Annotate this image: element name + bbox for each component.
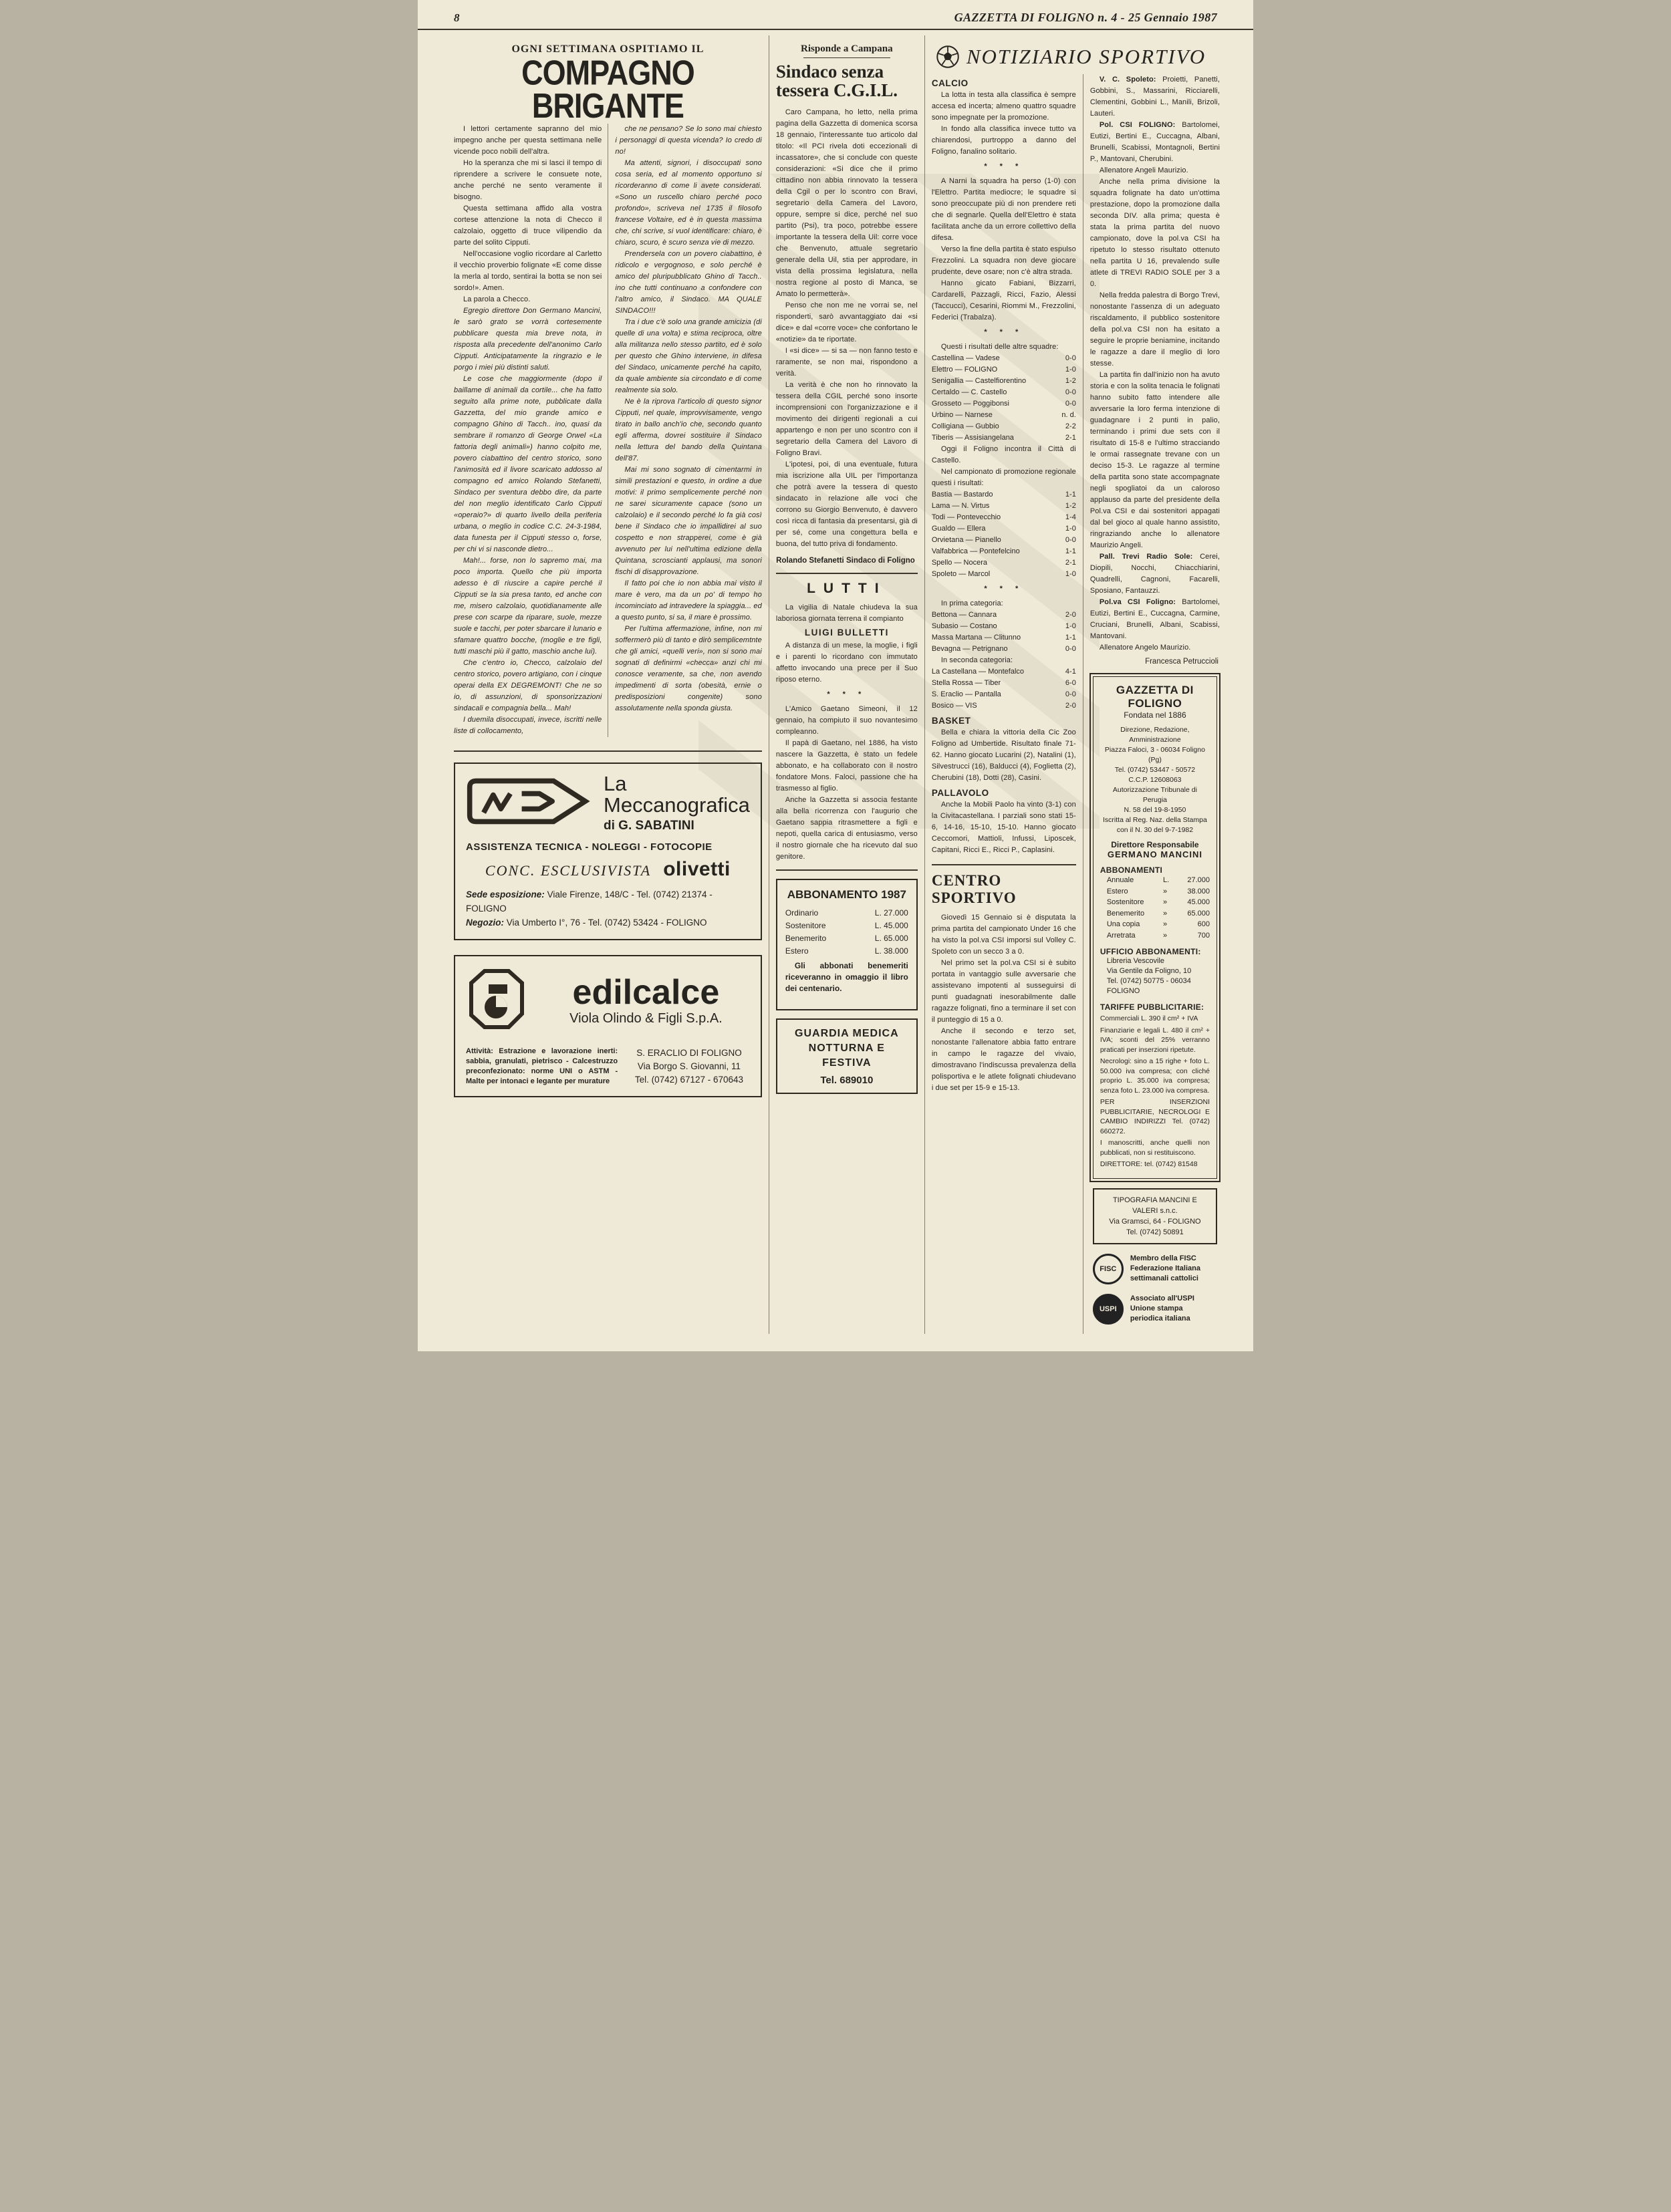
columns-container: OGNI SETTIMANA OSPITIAMO IL COMPAGNO BRI… bbox=[418, 30, 1253, 1334]
edilcalce-logo-icon bbox=[466, 966, 533, 1036]
tier-price: L. 45.000 bbox=[875, 920, 908, 932]
match-row: Stella Rossa — Tiber 6-0 bbox=[932, 678, 1076, 689]
meccanografica-logo-icon bbox=[466, 776, 593, 830]
match-row: Urbino — Narnese n. d. bbox=[932, 410, 1076, 421]
paragraph: I lettori certamente sapranno del mio im… bbox=[454, 124, 602, 158]
abbonamento-box: ABBONAMENTO 1987 Ordinario L. 27.000 Sos… bbox=[776, 879, 918, 1010]
tipografia-line: TIPOGRAFIA MANCINI E VALERI s.n.c. bbox=[1100, 1195, 1210, 1216]
basket-heading: BASKET bbox=[932, 716, 1076, 726]
match-score: 0-0 bbox=[1065, 644, 1076, 655]
match-row: Elettro — FOLIGNO 1-0 bbox=[932, 364, 1076, 376]
masthead-line: Tel. (0742) 53447 - 50572 bbox=[1100, 765, 1210, 775]
match-row: Senigallia — Castelfiorentino 1-2 bbox=[932, 376, 1076, 387]
abbonamento-row: Benemerito L. 65.000 bbox=[785, 932, 908, 945]
uspi-line: Unione stampa bbox=[1130, 1304, 1194, 1314]
match-row: La Castellana — Montefalco 4-1 bbox=[932, 666, 1076, 678]
match-row: S. Eraclio — Pantalla 0-0 bbox=[932, 689, 1076, 700]
match-teams: Bastia — Bastardo bbox=[932, 489, 993, 501]
match-row: Bettona — Cannara 2-0 bbox=[932, 609, 1076, 621]
centro-sportivo-section: CENTRO SPORTIVO Giovedì 15 Gennaio si è … bbox=[932, 864, 1076, 1094]
team-roster-paragraph: Pall. Trevi Radio Sole: Cerei, Diopili, … bbox=[1090, 551, 1220, 597]
abbonamento-note: Gli abbonati benemeriti riceveranno in o… bbox=[785, 960, 908, 994]
guardia-line-1: GUARDIA MEDICA bbox=[785, 1026, 908, 1041]
pallavolo-heading: PALLAVOLO bbox=[932, 788, 1076, 798]
tariffa-line: PER INSERZIONI PUBBLICITARIE, NECROLOGI … bbox=[1100, 1097, 1210, 1136]
match-score: 0-0 bbox=[1065, 353, 1076, 364]
paragraph: In fondo alla classifica invece tutto va… bbox=[932, 124, 1076, 158]
letter-paragraph: Mah!... forse, non lo sapremo mai, ma po… bbox=[454, 555, 602, 658]
masthead-box: GAZZETTA DI FOLIGNO Fondata nel 1886 Dir… bbox=[1093, 676, 1217, 1179]
match-score: 1-2 bbox=[1065, 376, 1076, 387]
address-line: S. ERACLIO DI FOLIGNO bbox=[628, 1047, 750, 1060]
promozione-results: Bastia — Bastardo 1-1 Lama — N. Virtus 1… bbox=[932, 489, 1076, 580]
paragraph: * * * bbox=[776, 689, 918, 700]
advertising-block: La Meccanografica di G. SABATINI ASSISTE… bbox=[454, 750, 762, 1097]
ufficio-line: Tel. (0742) 50775 - 06034 FOLIGNO bbox=[1100, 976, 1210, 996]
edilcalce-company: Viola Olindo & Figli S.p.A. bbox=[542, 1011, 750, 1026]
match-teams: Grosseto — Poggibonsi bbox=[932, 398, 1009, 410]
prima-categoria-label: * * *In prima categoria: bbox=[932, 583, 1076, 609]
match-score: n. d. bbox=[1061, 410, 1075, 421]
match-row: Tiberis — Assisiangelana 2-1 bbox=[932, 432, 1076, 444]
match-teams: Urbino — Narnese bbox=[932, 410, 993, 421]
match-score: 1-1 bbox=[1065, 546, 1076, 557]
letter-paragraph: Per l'ultima affermazione, infine, non m… bbox=[615, 624, 761, 714]
paragraph: Nel primo set la pol.va CSI si è subito … bbox=[932, 958, 1076, 1026]
match-row: Valfabbrica — Pontefelcino 1-1 bbox=[932, 546, 1076, 557]
match-teams: Spoleto — Marcol bbox=[932, 569, 990, 580]
paragraph: Anche il secondo e terzo set, nonostante… bbox=[932, 1026, 1076, 1094]
letter-paragraph: Egregio direttore Don Germano Mancini, l… bbox=[454, 305, 602, 374]
tipografia-line: Via Gramsci, 64 - FOLIGNO bbox=[1100, 1216, 1210, 1227]
brigante-headline: COMPAGNO BRIGANTE bbox=[454, 57, 762, 122]
match-teams: Lama — N. Virtus bbox=[932, 501, 990, 512]
tariffe-heading: TARIFFE PUBBLICITARIE: bbox=[1100, 1002, 1210, 1012]
meccanografica-services: ASSISTENZA TECNICA - NOLEGGI - FOTOCOPIE bbox=[466, 841, 750, 853]
ad-edilcalce: edilcalce Viola Olindo & Figli S.p.A. At… bbox=[454, 955, 762, 1097]
pallavolo-section: PALLAVOLO Anche la Mobili Paolo ha vinto… bbox=[932, 788, 1076, 856]
match-score: 1-1 bbox=[1065, 489, 1076, 501]
match-score: 1-0 bbox=[1065, 621, 1076, 632]
guardia-line-2: NOTTURNA E FESTIVA bbox=[785, 1041, 908, 1071]
price-currency: » bbox=[1163, 930, 1176, 942]
team-roster-paragraph: La partita fin dall'inizio non ha avuto … bbox=[1090, 370, 1220, 551]
paragraph: * * * bbox=[932, 327, 1076, 338]
calcio-heading: CALCIO bbox=[932, 78, 1076, 88]
ad-meccanografica: La Meccanografica di G. SABATINI ASSISTE… bbox=[454, 763, 762, 940]
paragraph: In seconda categoria: bbox=[932, 655, 1076, 666]
paragraph: Verso la fine della partita è stato espu… bbox=[932, 244, 1076, 278]
price-currency: » bbox=[1163, 886, 1176, 897]
edilcalce-address: S. ERACLIO DI FOLIGNOVia Borgo S. Giovan… bbox=[628, 1047, 750, 1087]
page-header: 8 GAZZETTA DI FOLIGNO n. 4 - 25 Gennaio … bbox=[418, 0, 1253, 30]
masthead-line: Autorizzazione Tribunale di Perugia bbox=[1100, 785, 1210, 805]
olivetti-brand: olivetti bbox=[663, 858, 731, 881]
brigante-columns: I lettori certamente sapranno del mio im… bbox=[454, 124, 762, 737]
price-label: Benemerito bbox=[1107, 908, 1163, 920]
masthead-line: Iscritta al Reg. Naz. della Stampa bbox=[1100, 815, 1210, 825]
price-row: Arretrata » 700 bbox=[1100, 930, 1210, 942]
masthead-line: N. 58 del 19-8-1950 bbox=[1100, 805, 1210, 815]
uspi-line: Associato all'USPI bbox=[1130, 1294, 1194, 1304]
lutti-paragraphs-top: La vigilia di Natale chiudeva la sua lab… bbox=[776, 602, 918, 625]
match-teams: La Castellana — Montefalco bbox=[932, 666, 1024, 678]
match-row: Castellina — Vadese 0-0 bbox=[932, 353, 1076, 364]
paragraph: Ho la speranza che mi si lasci il tempo … bbox=[454, 158, 602, 203]
fisc-line: Federazione Italiana bbox=[1130, 1264, 1200, 1274]
team-roster-paragraph: Nella fredda palestra di Borgo Trevi, no… bbox=[1090, 290, 1220, 370]
price-label: Estero bbox=[1107, 886, 1163, 897]
guardia-phone: Tel. 689010 bbox=[785, 1075, 908, 1086]
centro-sportivo-heading: CENTRO SPORTIVO bbox=[932, 872, 1076, 907]
edilcalce-activity: Attività: Estrazione e lavorazione inert… bbox=[466, 1047, 618, 1087]
brigante-article: OGNI SETTIMANA OSPITIAMO IL COMPAGNO BRI… bbox=[454, 35, 769, 1334]
match-score: 2-2 bbox=[1065, 421, 1076, 432]
paragraph: Oggi il Foligno incontra il Città di Cas… bbox=[932, 444, 1076, 466]
fisc-line: settimanali cattolici bbox=[1130, 1274, 1200, 1284]
paragraph: * * * bbox=[932, 161, 1076, 172]
campana-signature-role: Sindaco di Foligno bbox=[846, 557, 915, 565]
paragraph: Hanno gicato Fabiani, Bizzarri, Cardarel… bbox=[932, 278, 1076, 323]
abbonamento-row: Estero L. 38.000 bbox=[785, 945, 908, 958]
soccer-ball-icon bbox=[936, 45, 960, 69]
sport-column: CALCIO La lotta in testa alla classifica… bbox=[932, 74, 1083, 1334]
match-score: 1-0 bbox=[1065, 569, 1076, 580]
abbonamenti-heading: ABBONAMENTI bbox=[1100, 865, 1210, 875]
price-row: Sostenitore » 45.000 bbox=[1100, 897, 1210, 908]
price-label: Annuale bbox=[1107, 875, 1163, 886]
brigante-letter-list-1: Egregio direttore Don Germano Mancini, l… bbox=[454, 305, 602, 737]
brigante-letter-list-2: che ne pensano? Se lo sono mai chiesto i… bbox=[615, 124, 761, 714]
meccanografica-shop-address: Negozio: Via Umberto I°, 76 - Tel. (0742… bbox=[466, 916, 750, 930]
paragraph: La vigilia di Natale chiudeva la sua lab… bbox=[776, 602, 918, 625]
ufficio-lines: Libreria VescovileVia Gentile da Foligno… bbox=[1100, 956, 1210, 996]
match-row: Orvietana — Pianello 0-0 bbox=[932, 535, 1076, 546]
price-currency: » bbox=[1163, 897, 1176, 908]
letter-paragraph: Prendersela con un povero ciabattino, è … bbox=[615, 249, 761, 317]
match-row: Bosico — VIS 2-0 bbox=[932, 700, 1076, 712]
match-teams: Subasio — Costano bbox=[932, 621, 997, 632]
team-roster-paragraph: Allenatore Angelo Maurizio. bbox=[1090, 642, 1220, 654]
match-row: Grosseto — Poggibonsi 0-0 bbox=[932, 398, 1076, 410]
match-row: Bastia — Bastardo 1-1 bbox=[932, 489, 1076, 501]
paragraph: Caro Campana, ho letto, nella prima pagi… bbox=[776, 107, 918, 300]
match-teams: Bevagna — Petrignano bbox=[932, 644, 1008, 655]
price-amount: 38.000 bbox=[1176, 886, 1210, 897]
lutti-paragraphs: A distanza di un mese, la moglie, i figl… bbox=[776, 640, 918, 863]
match-row: Spoleto — Marcol 1-0 bbox=[932, 569, 1076, 580]
meccanografica-showroom-address: Sede esposizione: Viale Firenze, 148/C -… bbox=[466, 887, 750, 916]
campana-signature-name: Rolando Stefanetti bbox=[776, 557, 844, 565]
concessionaire-label: CONC. ESCLUSIVISTA bbox=[485, 862, 651, 879]
price-row: Estero » 38.000 bbox=[1100, 886, 1210, 897]
calcio-section: CALCIO La lotta in testa alla classifica… bbox=[932, 78, 1076, 712]
letter-paragraph: Ne è la riprova l'articolo di questo sig… bbox=[615, 396, 761, 464]
price-amount: 700 bbox=[1176, 930, 1210, 942]
match-score: 1-2 bbox=[1065, 501, 1076, 512]
team-roster-paragraph: Allenatore Angeli Maurizio. bbox=[1090, 165, 1220, 176]
address-line: Tel. (0742) 67127 - 670643 bbox=[628, 1073, 750, 1087]
campana-paragraphs: Caro Campana, ho letto, nella prima pagi… bbox=[776, 107, 918, 550]
paragraph: Penso che non me ne vorrai se, nel rispo… bbox=[776, 300, 918, 345]
uspi-logo-icon: USPI bbox=[1093, 1294, 1124, 1325]
tier-label: Ordinario bbox=[785, 907, 818, 920]
match-row: Bevagna — Petrignano 0-0 bbox=[932, 644, 1076, 655]
match-teams: Todi — Pontevecchio bbox=[932, 512, 1001, 523]
paragraph: Nell'occasione voglio ricordare al Carle… bbox=[454, 249, 602, 294]
basket-section: BASKET Bella e chiara la vittoria della … bbox=[932, 716, 1076, 784]
match-teams: Elettro — FOLIGNO bbox=[932, 364, 997, 376]
match-score: 1-4 bbox=[1065, 512, 1076, 523]
paragraph: Nel campionato di promozione regionale q… bbox=[932, 466, 1076, 489]
pallavolo-paragraph: Anche la Mobili Paolo ha vinto (3-1) con… bbox=[932, 799, 1076, 856]
match-score: 2-1 bbox=[1065, 557, 1076, 569]
edilcalce-name: edilcalce bbox=[542, 975, 750, 1010]
price-amount: 27.000 bbox=[1176, 875, 1210, 886]
match-row: Certaldo — C. Castello 0-0 bbox=[932, 387, 1076, 398]
tier-price: L. 65.000 bbox=[875, 932, 908, 945]
team-roster-paragraph: Anche nella prima divisione la squadra f… bbox=[1090, 176, 1220, 290]
match-score: 0-0 bbox=[1065, 398, 1076, 410]
meccanografica-owner: di G. SABATINI bbox=[604, 819, 750, 833]
abbonamenti-price-rows: Annuale L. 27.000 Estero » 38.000 bbox=[1100, 875, 1210, 941]
match-teams: Bosico — VIS bbox=[932, 700, 977, 712]
match-teams: Valfabbrica — Pontefelcino bbox=[932, 546, 1020, 557]
match-row: Gualdo — Ellera 1-0 bbox=[932, 523, 1076, 535]
match-teams: Gualdo — Ellera bbox=[932, 523, 986, 535]
calcio-paragraphs: La lotta in testa alla classifica è semp… bbox=[932, 90, 1076, 353]
centro-paragraphs: Giovedì 15 Gennaio si è disputata la pri… bbox=[932, 912, 1076, 1094]
letter-paragraph: Le cose che maggiormente (dopo il bailla… bbox=[454, 374, 602, 555]
tariffa-line: DIRETTORE: tel. (0742) 81548 bbox=[1100, 1159, 1210, 1169]
tariffa-line: Commerciali L. 390 il cm² + IVA bbox=[1100, 1014, 1210, 1024]
masthead-title: GAZZETTA DI FOLIGNO bbox=[1100, 684, 1210, 710]
ufficio-line: Libreria Vescovile bbox=[1100, 956, 1210, 966]
match-score: 0-0 bbox=[1065, 535, 1076, 546]
notiziario-sportivo: NOTIZIARIO SPORTIVO CALCIO La lotta in t… bbox=[925, 35, 1220, 1334]
guardia-medica-box: GUARDIA MEDICA NOTTURNA E FESTIVA Tel. 6… bbox=[776, 1018, 918, 1094]
tariffa-line: Finanziarie e legali L. 480 il cm² + IVA… bbox=[1100, 1026, 1210, 1055]
tier-label: Benemerito bbox=[785, 932, 826, 945]
campana-signature: Rolando Stefanetti Sindaco di Foligno bbox=[776, 555, 918, 566]
uspi-text: Associato all'USPIUnione stampaperiodica… bbox=[1130, 1294, 1194, 1324]
paragraph: A distanza di un mese, la moglie, i figl… bbox=[776, 640, 918, 686]
match-score: 1-1 bbox=[1065, 632, 1076, 644]
letter-paragraph: Che c'entro io, Checco, calzolaio del ce… bbox=[454, 658, 602, 714]
brigante-intro-list: I lettori certamente sapranno del mio im… bbox=[454, 124, 602, 305]
match-score: 6-0 bbox=[1065, 678, 1076, 689]
letter-paragraph: Ma attenti, signori, i disoccupati sono … bbox=[615, 158, 761, 249]
letter-paragraph: che ne pensano? Se lo sono mai chiesto i… bbox=[615, 124, 761, 158]
match-score: 2-0 bbox=[1065, 609, 1076, 621]
paragraph: I «si dice» — si sa — non fanno testo e … bbox=[776, 345, 918, 380]
match-row: Colligiana — Gubbio 2-2 bbox=[932, 421, 1076, 432]
tier-price: L. 27.000 bbox=[875, 907, 908, 920]
sports-signature: Francesca Petruccioli bbox=[1091, 658, 1218, 666]
tier-label: Sostenitore bbox=[785, 920, 826, 932]
brigante-col-1: I lettori certamente sapranno del mio im… bbox=[454, 124, 608, 737]
match-score: 0-0 bbox=[1065, 689, 1076, 700]
match-score: 2-0 bbox=[1065, 700, 1076, 712]
price-currency: » bbox=[1163, 908, 1176, 920]
match-teams: S. Eraclio — Pantalla bbox=[932, 689, 1001, 700]
notiziario-header: NOTIZIARIO SPORTIVO bbox=[932, 35, 1220, 72]
director-label: Direttore Responsabile bbox=[1100, 840, 1210, 849]
tipografia-line: Tel. (0742) 50891 bbox=[1100, 1227, 1210, 1238]
prima-categoria-results: Bettona — Cannara 2-0 Subasio — Costano … bbox=[932, 609, 1076, 655]
masthead-line: Direzione, Redazione, Amministrazione bbox=[1100, 725, 1210, 745]
paragraph: Anche la Gazzetta si associa festante al… bbox=[776, 795, 918, 863]
right-column: V. C. Spoleto: Proietti, Panetti, Gobbin… bbox=[1083, 74, 1220, 1334]
abbonamento-row: Ordinario L. 27.000 bbox=[785, 907, 908, 920]
match-teams: Castellina — Vadese bbox=[932, 353, 1000, 364]
paragraph: La lotta in testa alla classifica è semp… bbox=[932, 90, 1076, 124]
match-teams: Bettona — Cannara bbox=[932, 609, 997, 621]
tier-price: L. 38.000 bbox=[875, 945, 908, 958]
masthead-line: C.C.P. 12608063 bbox=[1100, 775, 1210, 785]
uspi-badge: USPI Associato all'USPIUnione stampaperi… bbox=[1093, 1294, 1217, 1325]
middle-column: Risponde a Campana Sindaco senza tessera… bbox=[769, 35, 925, 1334]
abbonamento-row: Sostenitore L. 45.000 bbox=[785, 920, 908, 932]
paragraph: Il papà di Gaetano, nel 1886, ha visto n… bbox=[776, 738, 918, 795]
price-row: Annuale L. 27.000 bbox=[1100, 875, 1210, 886]
ufficio-line: Via Gentile da Foligno, 10 bbox=[1100, 966, 1210, 976]
match-teams: Tiberis — Assisiangelana bbox=[932, 432, 1014, 444]
price-currency: L. bbox=[1163, 875, 1176, 886]
lutti-headline: LUTTI bbox=[776, 581, 918, 597]
campana-kicker: Risponde a Campana bbox=[776, 43, 918, 58]
price-row: Una copia » 600 bbox=[1100, 919, 1210, 930]
paragraph: La verità è che non ho rinnovato la tess… bbox=[776, 380, 918, 459]
masthead-founded: Fondata nel 1886 bbox=[1100, 710, 1210, 720]
match-row: Subasio — Costano 1-0 bbox=[932, 621, 1076, 632]
issue-line: GAZZETTA DI FOLIGNO n. 4 - 25 Gennaio 19… bbox=[954, 11, 1217, 25]
match-score: 1-0 bbox=[1065, 364, 1076, 376]
match-teams: Orvietana — Pianello bbox=[932, 535, 1001, 546]
team-roster-paragraph: V. C. Spoleto: Proietti, Panetti, Gobbin… bbox=[1090, 74, 1220, 120]
ufficio-heading: UFFICIO ABBONAMENTI: bbox=[1100, 947, 1210, 956]
section-divider bbox=[776, 869, 918, 871]
paragraph: L'ipotesi, poi, di una eventuale, futura… bbox=[776, 459, 918, 550]
match-row: Massa Martana — Clitunno 1-1 bbox=[932, 632, 1076, 644]
letter-paragraph: Mai mi sono sognato di cimentarmi in sim… bbox=[615, 464, 761, 578]
paragraph: Giovedì 15 Gennaio si è disputata la pri… bbox=[932, 912, 1076, 958]
paragraph: * * * bbox=[932, 583, 1076, 595]
match-score: 1-0 bbox=[1065, 523, 1076, 535]
roster-paragraphs: V. C. Spoleto: Proietti, Panetti, Gobbin… bbox=[1090, 74, 1220, 654]
match-score: 4-1 bbox=[1065, 666, 1076, 678]
match-teams: Massa Martana — Clitunno bbox=[932, 632, 1021, 644]
fisc-line: Membro della FISC bbox=[1130, 1254, 1200, 1264]
masthead-info-lines: Direzione, Redazione, AmministrazionePia… bbox=[1100, 725, 1210, 835]
fisc-logo-icon: FISC bbox=[1093, 1254, 1124, 1284]
letter-paragraph: Tra i due c'è solo una grande amicizia (… bbox=[615, 317, 761, 396]
campana-headline: Sindaco senza tessera C.G.I.L. bbox=[776, 62, 918, 100]
brigante-col-2: che ne pensano? Se lo sono mai chiesto i… bbox=[608, 124, 761, 737]
meccanografica-name: La Meccanografica bbox=[604, 773, 750, 817]
letter-paragraph: I duemila disoccupati, invece, iscritti … bbox=[454, 714, 602, 737]
match-row: Spello — Nocera 2-1 bbox=[932, 557, 1076, 569]
price-currency: » bbox=[1163, 919, 1176, 930]
abbonamento-rows: Ordinario L. 27.000 Sostenitore L. 45.00… bbox=[785, 907, 908, 958]
price-label: Una copia bbox=[1107, 919, 1163, 930]
tier-label: Estero bbox=[785, 945, 809, 958]
seconda-categoria-label: In seconda categoria: bbox=[932, 655, 1076, 666]
paragraph: In prima categoria: bbox=[932, 598, 1076, 609]
match-row: Lama — N. Virtus 1-2 bbox=[932, 501, 1076, 512]
masthead-line: con il N. 30 del 9-7-1982 bbox=[1100, 825, 1210, 835]
notiziario-title: NOTIZIARIO SPORTIVO bbox=[967, 45, 1206, 69]
results-list: Castellina — Vadese 0-0 Elettro — FOLIGN… bbox=[932, 353, 1076, 444]
match-teams: Stella Rossa — Tiber bbox=[932, 678, 1001, 689]
price-label: Sostenitore bbox=[1107, 897, 1163, 908]
price-amount: 600 bbox=[1176, 919, 1210, 930]
price-row: Benemerito » 65.000 bbox=[1100, 908, 1210, 920]
match-teams: Certaldo — C. Castello bbox=[932, 387, 1007, 398]
masthead-line: Piazza Faloci, 3 - 06034 Foligno (Pg) bbox=[1100, 745, 1210, 765]
match-teams: Senigallia — Castelfiorentino bbox=[932, 376, 1026, 387]
page-number: 8 bbox=[454, 11, 460, 25]
price-amount: 65.000 bbox=[1176, 908, 1210, 920]
newspaper-page: 8 GAZZETTA DI FOLIGNO n. 4 - 25 Gennaio … bbox=[418, 0, 1253, 1351]
calcio-notes: Oggi il Foligno incontra il Città di Cas… bbox=[932, 444, 1076, 489]
basket-paragraph: Bella e chiara la vittoria della Cic Zoo… bbox=[932, 727, 1076, 784]
address-line: Via Borgo S. Giovanni, 11 bbox=[628, 1060, 750, 1073]
deceased-name: LUIGI BULLETTI bbox=[776, 628, 918, 638]
tipografia-box: TIPOGRAFIA MANCINI E VALERI s.n.c.Via Gr… bbox=[1093, 1188, 1217, 1244]
paragraph: La parola a Checco. bbox=[454, 294, 602, 305]
tariffa-line: I manoscritti, anche quelli non pubblica… bbox=[1100, 1138, 1210, 1157]
letter-paragraph: Il fatto poi che io non abbia mai visto … bbox=[615, 578, 761, 624]
tariffe-lines: Commerciali L. 390 il cm² + IVAFinanziar… bbox=[1100, 1014, 1210, 1169]
match-row: Todi — Pontevecchio 1-4 bbox=[932, 512, 1076, 523]
director-name: GERMANO MANCINI bbox=[1100, 849, 1210, 859]
tariffa-line: Necrologi: sino a 15 righe + foto L. 50.… bbox=[1100, 1057, 1210, 1095]
paragraph: L'Amico Gaetano Simeoni, il 12 gennaio, … bbox=[776, 704, 918, 738]
match-teams: Colligiana — Gubbio bbox=[932, 421, 999, 432]
section-divider bbox=[776, 573, 918, 574]
uspi-line: periodica italiana bbox=[1130, 1314, 1194, 1324]
match-teams: Spello — Nocera bbox=[932, 557, 987, 569]
paragraph: Questi i risultati delle altre squadre: bbox=[932, 341, 1076, 353]
team-roster-paragraph: Pol.va CSI Foligno: Bartolomei, Eutizi, … bbox=[1090, 597, 1220, 642]
match-score: 0-0 bbox=[1065, 387, 1076, 398]
paragraph: Questa settimana affido alla vostra cort… bbox=[454, 203, 602, 249]
price-label: Arretrata bbox=[1107, 930, 1163, 942]
fisc-text: Membro della FISCFederazione Italianaset… bbox=[1130, 1254, 1200, 1284]
lutti-section: LUTTI La vigilia di Natale chiudeva la s… bbox=[776, 581, 918, 863]
match-score: 2-1 bbox=[1065, 432, 1076, 444]
paragraph: A Narni la squadra ha perso (1-0) con l'… bbox=[932, 176, 1076, 244]
abbonamento-title: ABBONAMENTO 1987 bbox=[785, 888, 908, 902]
price-amount: 45.000 bbox=[1176, 897, 1210, 908]
fisc-badge: FISC Membro della FISCFederazione Italia… bbox=[1093, 1254, 1217, 1284]
seconda-categoria-results: La Castellana — Montefalco 4-1 Stella Ro… bbox=[932, 666, 1076, 712]
team-roster-paragraph: Pol. CSI FOLIGNO: Bartolomei, Eutizi, Be… bbox=[1090, 120, 1220, 165]
